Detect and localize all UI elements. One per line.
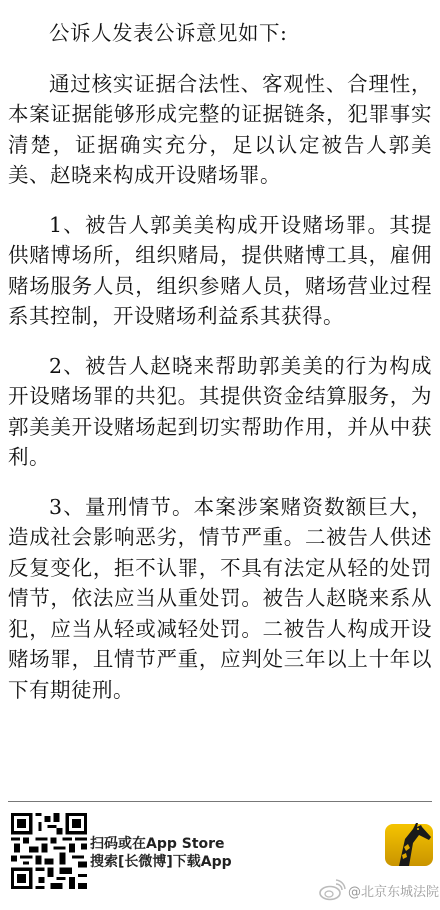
app-download-promo: 扫码或在App Store 搜索[长微博]下载App: [90, 835, 232, 871]
summary-paragraph: 通过核实证据合法性、客观性、合理性，本案证据能够形成完整的证据链条，犯罪事实清楚…: [8, 69, 432, 191]
promo-line-2: 搜索[长微博]下载App: [90, 853, 232, 871]
qr-code-icon: [11, 813, 87, 889]
point-3-paragraph: 3、量刑情节。本案涉案赌资数额巨大，造成社会影响恶劣，情节严重。二被告人供述反复…: [8, 492, 432, 706]
footer-divider: [8, 801, 432, 802]
weibo-logo-icon: [318, 879, 346, 901]
watermark-text: @北京东城法院: [348, 881, 439, 900]
document-body: 公诉人发表公诉意见如下: 通过核实证据合法性、客观性、合理性，本案证据能够形成完…: [8, 18, 432, 724]
point-1-paragraph: 1、被告人郭美美构成开设赌场罪。其提供赌博场所，组织赌局，提供赌博工具，雇佣赌场…: [8, 210, 432, 332]
promo-line-1: 扫码或在App Store: [90, 835, 232, 853]
weibo-watermark: @北京东城法院: [318, 879, 439, 901]
point-2-paragraph: 2、被告人赵晓来帮助郭美美的行为构成开设赌场罪的共犯。其提供资金结算服务，为郭美…: [8, 351, 432, 473]
giraffe-app-icon: [385, 819, 433, 867]
intro-paragraph: 公诉人发表公诉意见如下:: [8, 18, 432, 49]
